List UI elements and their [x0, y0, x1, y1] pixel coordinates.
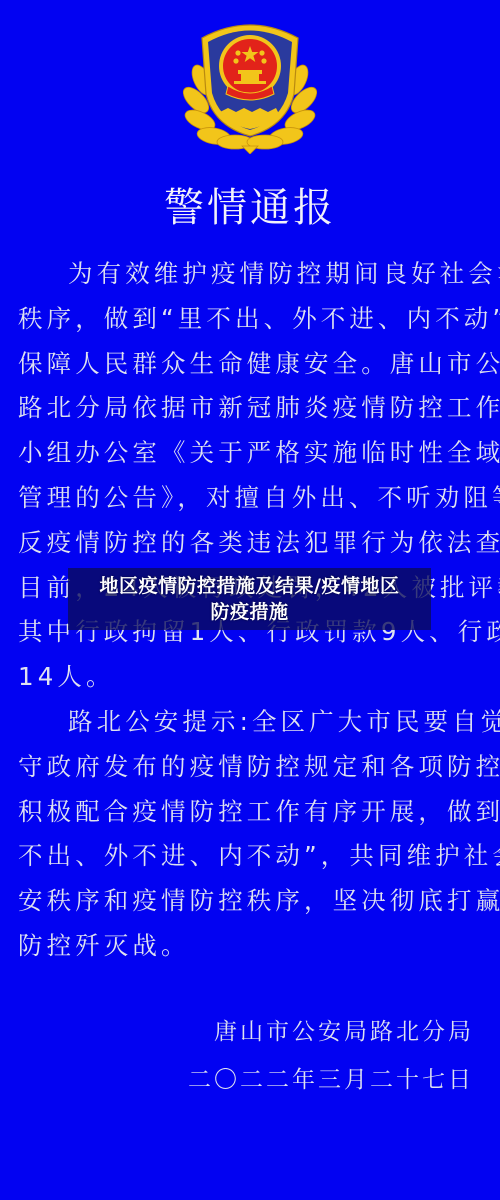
paragraph-enforcement: 为有效维护疫情防控期间良好社会治安 秩序，做到“里不出、外不进、内不动”， 保障…	[18, 252, 488, 700]
text-line: 反疫情防控的各类违法犯罪行为依法查处。	[18, 521, 488, 566]
text-line: 积极配合疫情防控工作有序开展，做到“里	[18, 790, 488, 835]
text-line: 安秩序和疫情防控秩序，坚决彻底打赢疫情	[18, 879, 488, 924]
headline-line-2: 防疫措施	[210, 599, 288, 625]
text-line: 路北分局依据市新冠肺炎疫情防控工作领导	[18, 386, 488, 431]
text-line: 为有效维护疫情防控期间良好社会治安	[18, 252, 488, 297]
text-line: 保障人民群众生命健康安全。唐山市公安局	[18, 342, 488, 387]
police-badge-emblem-icon	[180, 8, 320, 154]
text-line: 管理的公告》，对擅自外出、不听劝阻等违	[18, 476, 488, 521]
issue-date: 二〇二二年三月二十七日	[188, 1056, 474, 1104]
text-line: 防控歼灭战。	[18, 924, 488, 969]
headline-line-1: 地区疫情防控措施及结果/疫情地区	[100, 573, 400, 599]
headline-overlay[interactable]: 地区疫情防控措施及结果/疫情地区 防疫措施	[68, 568, 431, 630]
paragraph-reminder: 路北公安提示:全区广大市民要自觉遵 守政府发布的疫情防控规定和各项防控措施， 积…	[18, 700, 488, 969]
text-line: 守政府发布的疫情防控规定和各项防控措施，	[18, 745, 488, 790]
text-line: 不出、外不进、内不动”，共同维护社会治	[18, 834, 488, 879]
signature-block: 唐山市公安局路北分局 二〇二二年三月二十七日	[188, 1008, 474, 1104]
text-line: 路北公安提示:全区广大市民要自觉遵	[18, 700, 488, 745]
text-line: 14人。	[18, 655, 488, 700]
issuer-name: 唐山市公安局路北分局	[188, 1008, 474, 1056]
notice-title: 警情通报	[0, 176, 500, 233]
text-line: 秩序，做到“里不出、外不进、内不动”，	[18, 297, 488, 342]
text-line: 小组办公室《关于严格实施临时性全域封控	[18, 431, 488, 476]
